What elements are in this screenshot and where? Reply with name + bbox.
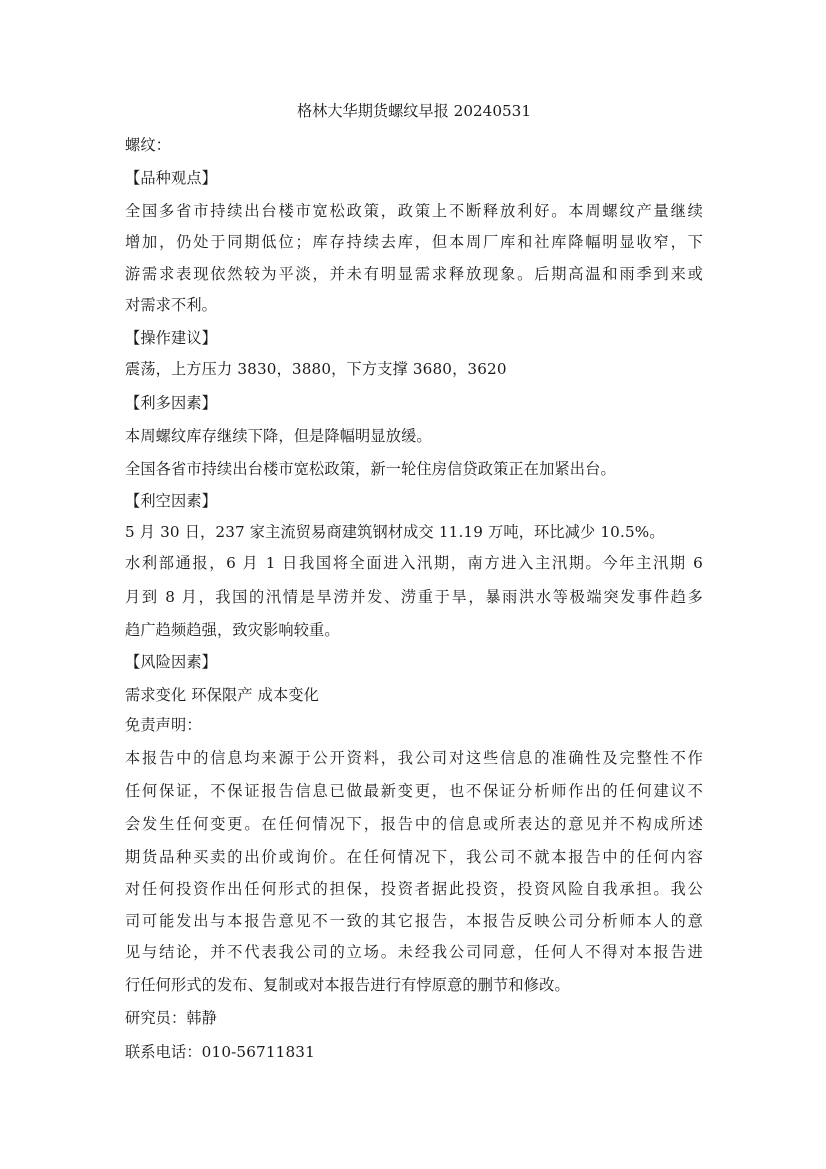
bearish-heading: 【利空因素】 — [125, 491, 217, 511]
disclaimer-line: 任何保证，不保证报告信息已做最新变更，也不保证分析师作出的任何建议不 — [125, 781, 703, 801]
view-line: 游需求表现依然较为平淡，并未有明显需求释放现象。后期高温和雨季到来或 — [125, 264, 703, 284]
view-line: 增加，仍处于同期低位；库存持续去库，但本周厂库和社库降幅明显收窄，下 — [125, 232, 703, 252]
report-title: 格林大华期货螺纹早报 20240531 — [125, 101, 703, 121]
advice-heading: 【操作建议】 — [125, 328, 217, 348]
disclaimer-line: 本报告中的信息均来源于公开资料，我公司对这些信息的准确性及完整性不作 — [125, 748, 703, 768]
variety-label: 螺纹： — [125, 135, 171, 155]
disclaimer-line: 司可能发出与本报告意见不一致的其它报告，本报告反映公司分析师本人的意 — [125, 911, 703, 931]
risk-heading: 【风险因素】 — [125, 652, 217, 672]
bearish-line: 月到 8 月，我国的汛情是旱涝并发、涝重于旱，暴雨洪水等极端突发事件趋多 — [125, 587, 703, 607]
bearish-line: 水利部通报，6 月 1 日我国将全面进入汛期，南方进入主汛期。今年主汛期 6 — [125, 553, 703, 573]
bullish-heading: 【利多因素】 — [125, 393, 217, 413]
disclaimer-line: 会发生任何变更。在任何情况下，报告中的信息或所表达的意见并不构成所述 — [125, 814, 703, 834]
view-line: 全国多省市持续出台楼市宽松政策，政策上不断释放利好。本周螺纹产量继续 — [125, 201, 703, 221]
view-heading: 【品种观点】 — [125, 168, 217, 188]
bearish-line: 趋广趋频趋强，致灾影响较重。 — [125, 620, 340, 640]
advice-line: 震荡，上方压力 3830，3880，下方支撑 3680，3620 — [125, 359, 507, 379]
bearish-line: 5 月 30 日，237 家主流贸易商建筑钢材成交 11.19 万吨，环比减少 … — [125, 522, 665, 542]
disclaimer-line: 对任何投资作出任何形式的担保，投资者据此投资，投资风险自我承担。我公 — [125, 879, 703, 899]
risk-line: 需求变化 环保限产 成本变化 — [125, 685, 319, 705]
bullish-line: 全国各省市持续出台楼市宽松政策，新一轮住房信贷政策正在加紧出台。 — [125, 459, 616, 479]
disclaimer-line: 行任何形式的发布、复制或对本报告进行有悖原意的删节和修改。 — [125, 975, 570, 995]
contact-phone: 联系电话：010-56711831 — [125, 1042, 315, 1062]
disclaimer-heading: 免责声明： — [125, 715, 202, 735]
disclaimer-line: 期货品种买卖的出价或询价。在任何情况下，我公司不就本报告中的任何内容 — [125, 847, 703, 867]
view-line: 对需求不利。 — [125, 295, 217, 315]
bullish-line: 本周螺纹库存继续下降，但是降幅明显放缓。 — [125, 426, 432, 446]
researcher-name: 研究员：韩静 — [125, 1008, 217, 1028]
disclaimer-line: 见与结论，并不代表我公司的立场。未经我公司同意，任何人不得对本报告进 — [125, 942, 703, 962]
